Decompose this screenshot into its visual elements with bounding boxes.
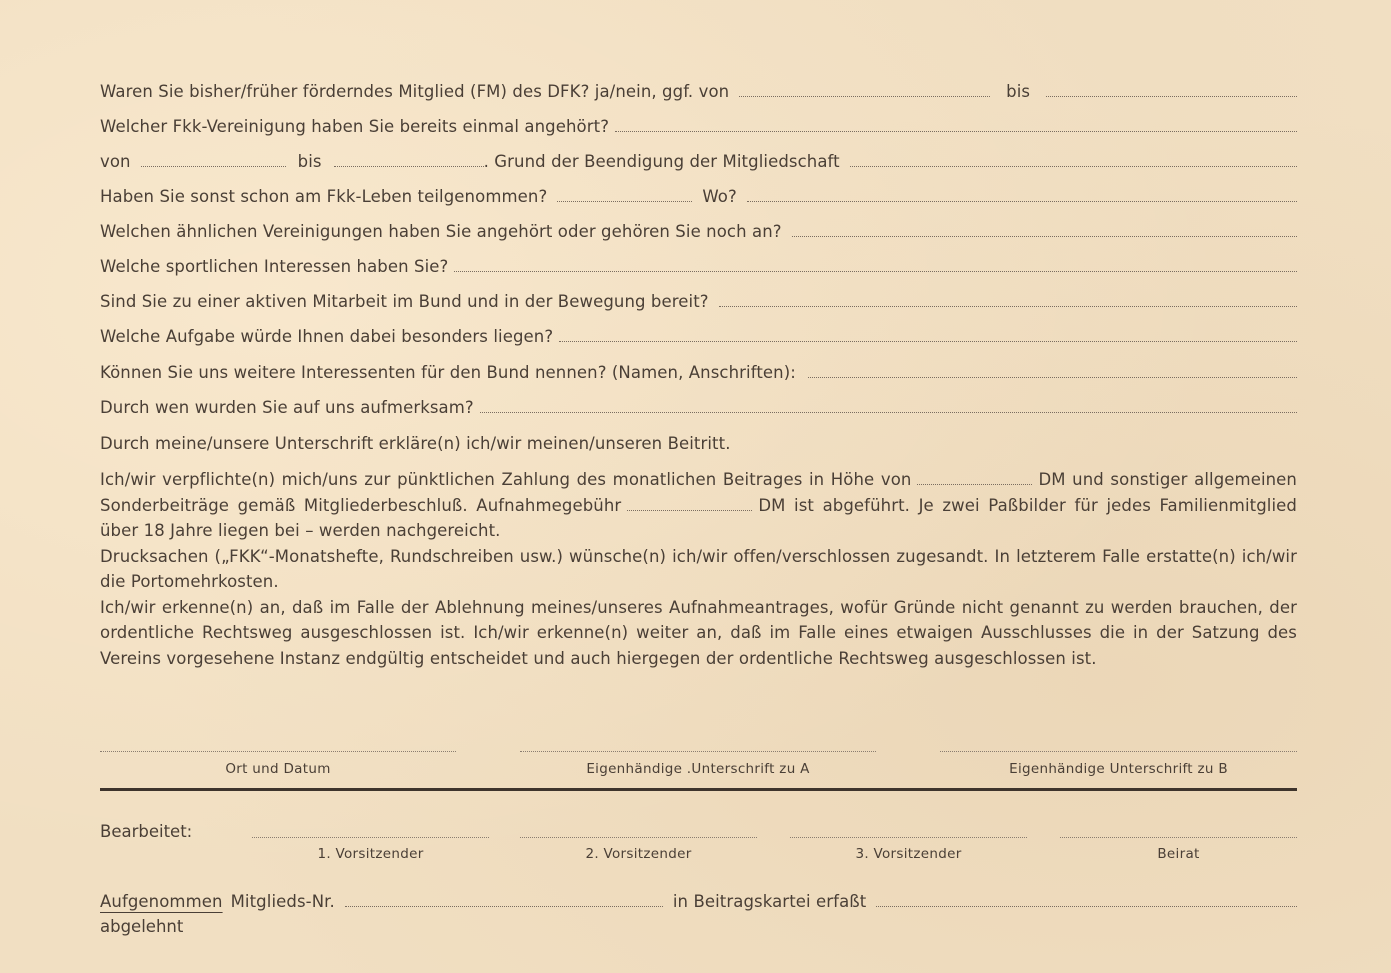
membership-statement: Durch meine/unsere Unterschrift erkläre(… (100, 434, 1297, 453)
place-date-field[interactable] (100, 750, 456, 752)
declaration-block: Ich/wir verpflichte(n) mich/uns zur pünk… (100, 467, 1297, 671)
question-membership-period: von bis . Grund der Beendigung der Mitgl… (100, 152, 1297, 171)
statement-text: Durch meine/unsere Unterschrift erkläre(… (100, 434, 731, 453)
chair-3-field[interactable] (790, 836, 1027, 838)
monthly-fee-field[interactable] (917, 483, 1032, 485)
question-label: Können Sie uns weitere Interessenten für… (100, 363, 796, 382)
similar-associations-field[interactable] (792, 235, 1297, 237)
question-how-found: Durch wen wurden Sie auf uns aufmerksam? (100, 398, 1297, 417)
section-divider (100, 788, 1297, 791)
contribution-register-field[interactable] (876, 905, 1297, 907)
reason-label: . Grund der Beendigung der Mitgliedschaf… (484, 152, 840, 171)
how-found-field[interactable] (480, 411, 1297, 413)
advisory-board-label: Beirat (1060, 846, 1297, 862)
sports-interests-field[interactable] (454, 270, 1297, 272)
chair-1-field[interactable] (252, 836, 489, 838)
referrals-field[interactable] (808, 376, 1297, 378)
processed-label: Bearbeitet: (100, 822, 192, 841)
chair-2-label: 2. Vorsitzender (520, 846, 757, 862)
chair-3-label: 3. Vorsitzender (790, 846, 1027, 862)
advisory-board-field[interactable] (1060, 836, 1297, 838)
question-fkk-life: Haben Sie sonst schon am Fkk-Leben teilg… (100, 187, 1297, 206)
signature-b-label: Eigenhändige Unterschrift zu B (940, 761, 1297, 777)
fkk-association-field[interactable] (615, 130, 1297, 132)
question-label: Sind Sie zu einer aktiven Mitarbeit im B… (100, 292, 709, 311)
printed-matter-paragraph: Drucksachen („FKK“-Monatshefte, Rundschr… (100, 544, 1297, 595)
question-label: Welcher Fkk-Vereinigung haben Sie bereit… (100, 117, 609, 136)
question-similar-associations: Welchen ähnlichen Vereinigungen haben Si… (100, 222, 1297, 241)
where-field[interactable] (747, 200, 1297, 202)
payment-text-a: Ich/wir verpflichte(n) mich/uns zur pünk… (100, 470, 911, 489)
von-label: von (100, 152, 131, 171)
fkk-life-field[interactable] (557, 200, 692, 202)
question-label: Durch wen wurden Sie auf uns aufmerksam? (100, 398, 474, 417)
member-number-label: Mitglieds-Nr. (231, 892, 335, 911)
chair-1-label: 1. Vorsitzender (252, 846, 489, 862)
question-label: Welche Aufgabe würde Ihnen dabei besonde… (100, 327, 553, 346)
chair-2-field[interactable] (520, 836, 757, 838)
question-label: Welche sportlichen Interessen haben Sie? (100, 257, 448, 276)
question-label: Haben Sie sonst schon am Fkk-Leben teilg… (100, 187, 547, 206)
active-participation-field[interactable] (719, 305, 1297, 307)
bis-field[interactable] (334, 165, 484, 167)
admitted-label: Aufgenommen (100, 892, 223, 911)
question-sports-interests: Welche sportlichen Interessen haben Sie? (100, 257, 1297, 276)
bis-label: bis (298, 152, 322, 171)
question-label: Waren Sie bisher/früher förderndes Mitgl… (100, 82, 729, 101)
von-field[interactable] (141, 165, 286, 167)
bis-label: bis (1006, 82, 1030, 101)
preferred-task-field[interactable] (559, 340, 1297, 342)
question-referrals: Können Sie uns weitere Interessenten für… (100, 363, 1297, 382)
signature-b-field[interactable] (940, 750, 1297, 752)
wo-label: Wo? (702, 187, 737, 206)
question-active-participation: Sind Sie zu einer aktiven Mitarbeit im B… (100, 292, 1297, 311)
member-number-field[interactable] (345, 905, 663, 907)
contribution-register-label: in Beitragskartei erfaßt (673, 892, 867, 911)
rejected-label: abgelehnt (100, 917, 183, 936)
question-fkk-association: Welcher Fkk-Vereinigung haben Sie bereit… (100, 117, 1297, 136)
question-preferred-task: Welche Aufgabe würde Ihnen dabei besonde… (100, 327, 1297, 346)
payment-paragraph: Ich/wir verpflichte(n) mich/uns zur pünk… (100, 467, 1297, 544)
signature-a-field[interactable] (520, 750, 876, 752)
admission-fee-field[interactable] (627, 509, 752, 511)
place-date-label: Ort und Datum (100, 761, 456, 777)
question-fm-member: Waren Sie bisher/früher förderndes Mitgl… (100, 82, 1297, 101)
fm-from-field[interactable] (739, 95, 990, 97)
question-label: Welchen ähnlichen Vereinigungen haben Si… (100, 222, 782, 241)
fm-to-field[interactable] (1046, 95, 1297, 97)
admission-row: Aufgenommen Mitglieds-Nr. in Beitragskar… (100, 892, 1297, 911)
reason-field[interactable] (850, 165, 1297, 167)
legal-paragraph: Ich/wir erkenne(n) an, daß im Falle der … (100, 595, 1297, 672)
membership-application-form-back: Waren Sie bisher/früher förderndes Mitgl… (0, 0, 1391, 973)
signature-a-label: Eigenhändige .Unterschrift zu A (520, 761, 876, 777)
